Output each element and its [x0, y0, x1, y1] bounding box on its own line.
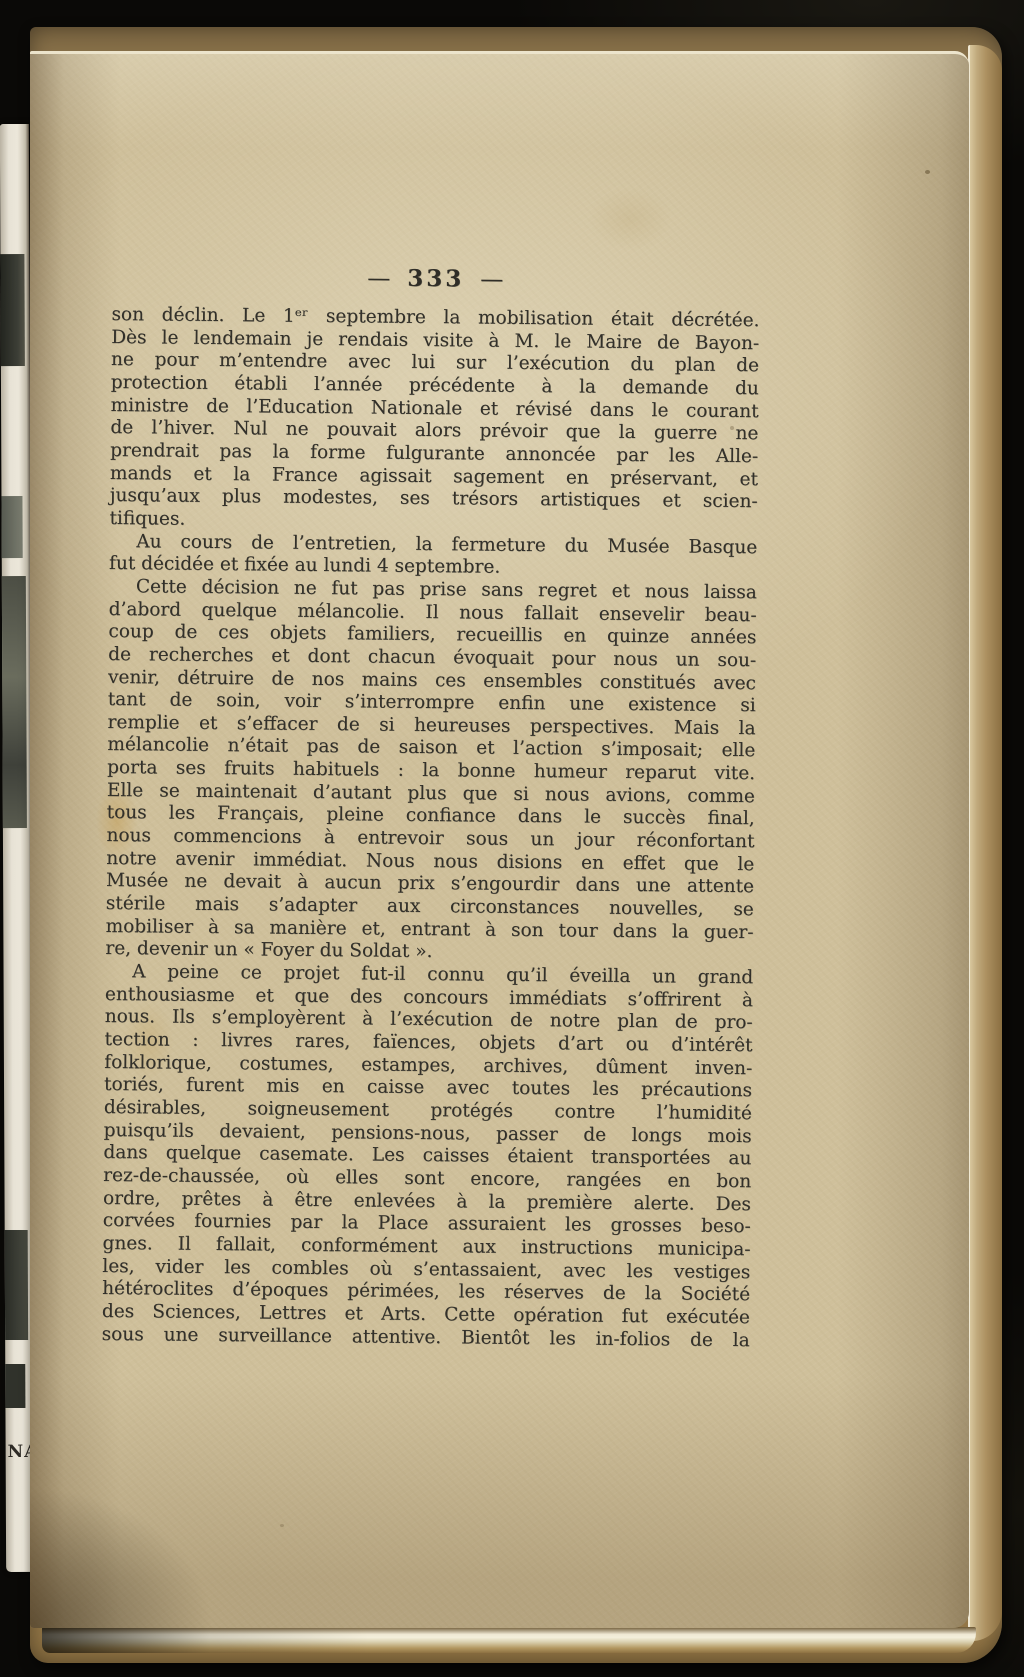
photo-fragment	[5, 1230, 28, 1340]
book-scan: NA. —333— son déclin. Le 1ᵉʳ septembre l…	[0, 0, 1024, 1677]
photo-fragment	[0, 254, 24, 366]
photo-fragment	[1, 496, 22, 558]
foxing-stain	[570, 174, 690, 264]
photo-fragment	[2, 576, 27, 828]
paragraph: Au cours de l’entretien, la fermeture du…	[109, 531, 757, 583]
header-dash-left: —	[367, 265, 391, 291]
page-stack-bottom-edge	[42, 1627, 976, 1653]
bottom-edge-shadow	[42, 1627, 976, 1653]
paragraph: son déclin. Le 1ᵉʳ septembre la mobilisa…	[109, 304, 759, 537]
book-page-block: —333— son déclin. Le 1ᵉʳ septembre la mo…	[30, 27, 1002, 1663]
header-dash-right: —	[480, 267, 504, 293]
page-leaf: —333— son déclin. Le 1ᵉʳ septembre la mo…	[30, 51, 969, 1628]
text-body: son déclin. Le 1ᵉʳ septembre la mobilisa…	[102, 304, 760, 1352]
paper-speck	[925, 170, 930, 174]
photo-fragment	[5, 1364, 25, 1408]
page-header: —333—	[112, 262, 760, 295]
page-number: 333	[407, 265, 464, 293]
paper-speck	[280, 1524, 284, 1527]
printed-content: —333— son déclin. Le 1ᵉʳ septembre la mo…	[102, 262, 760, 1352]
paragraph: Cette décision ne fut pas prise sans reg…	[105, 576, 757, 967]
paragraph: A peine ce projet fut-il connu qu’il éve…	[102, 961, 754, 1352]
page-stack-right-edge	[968, 45, 1002, 1641]
